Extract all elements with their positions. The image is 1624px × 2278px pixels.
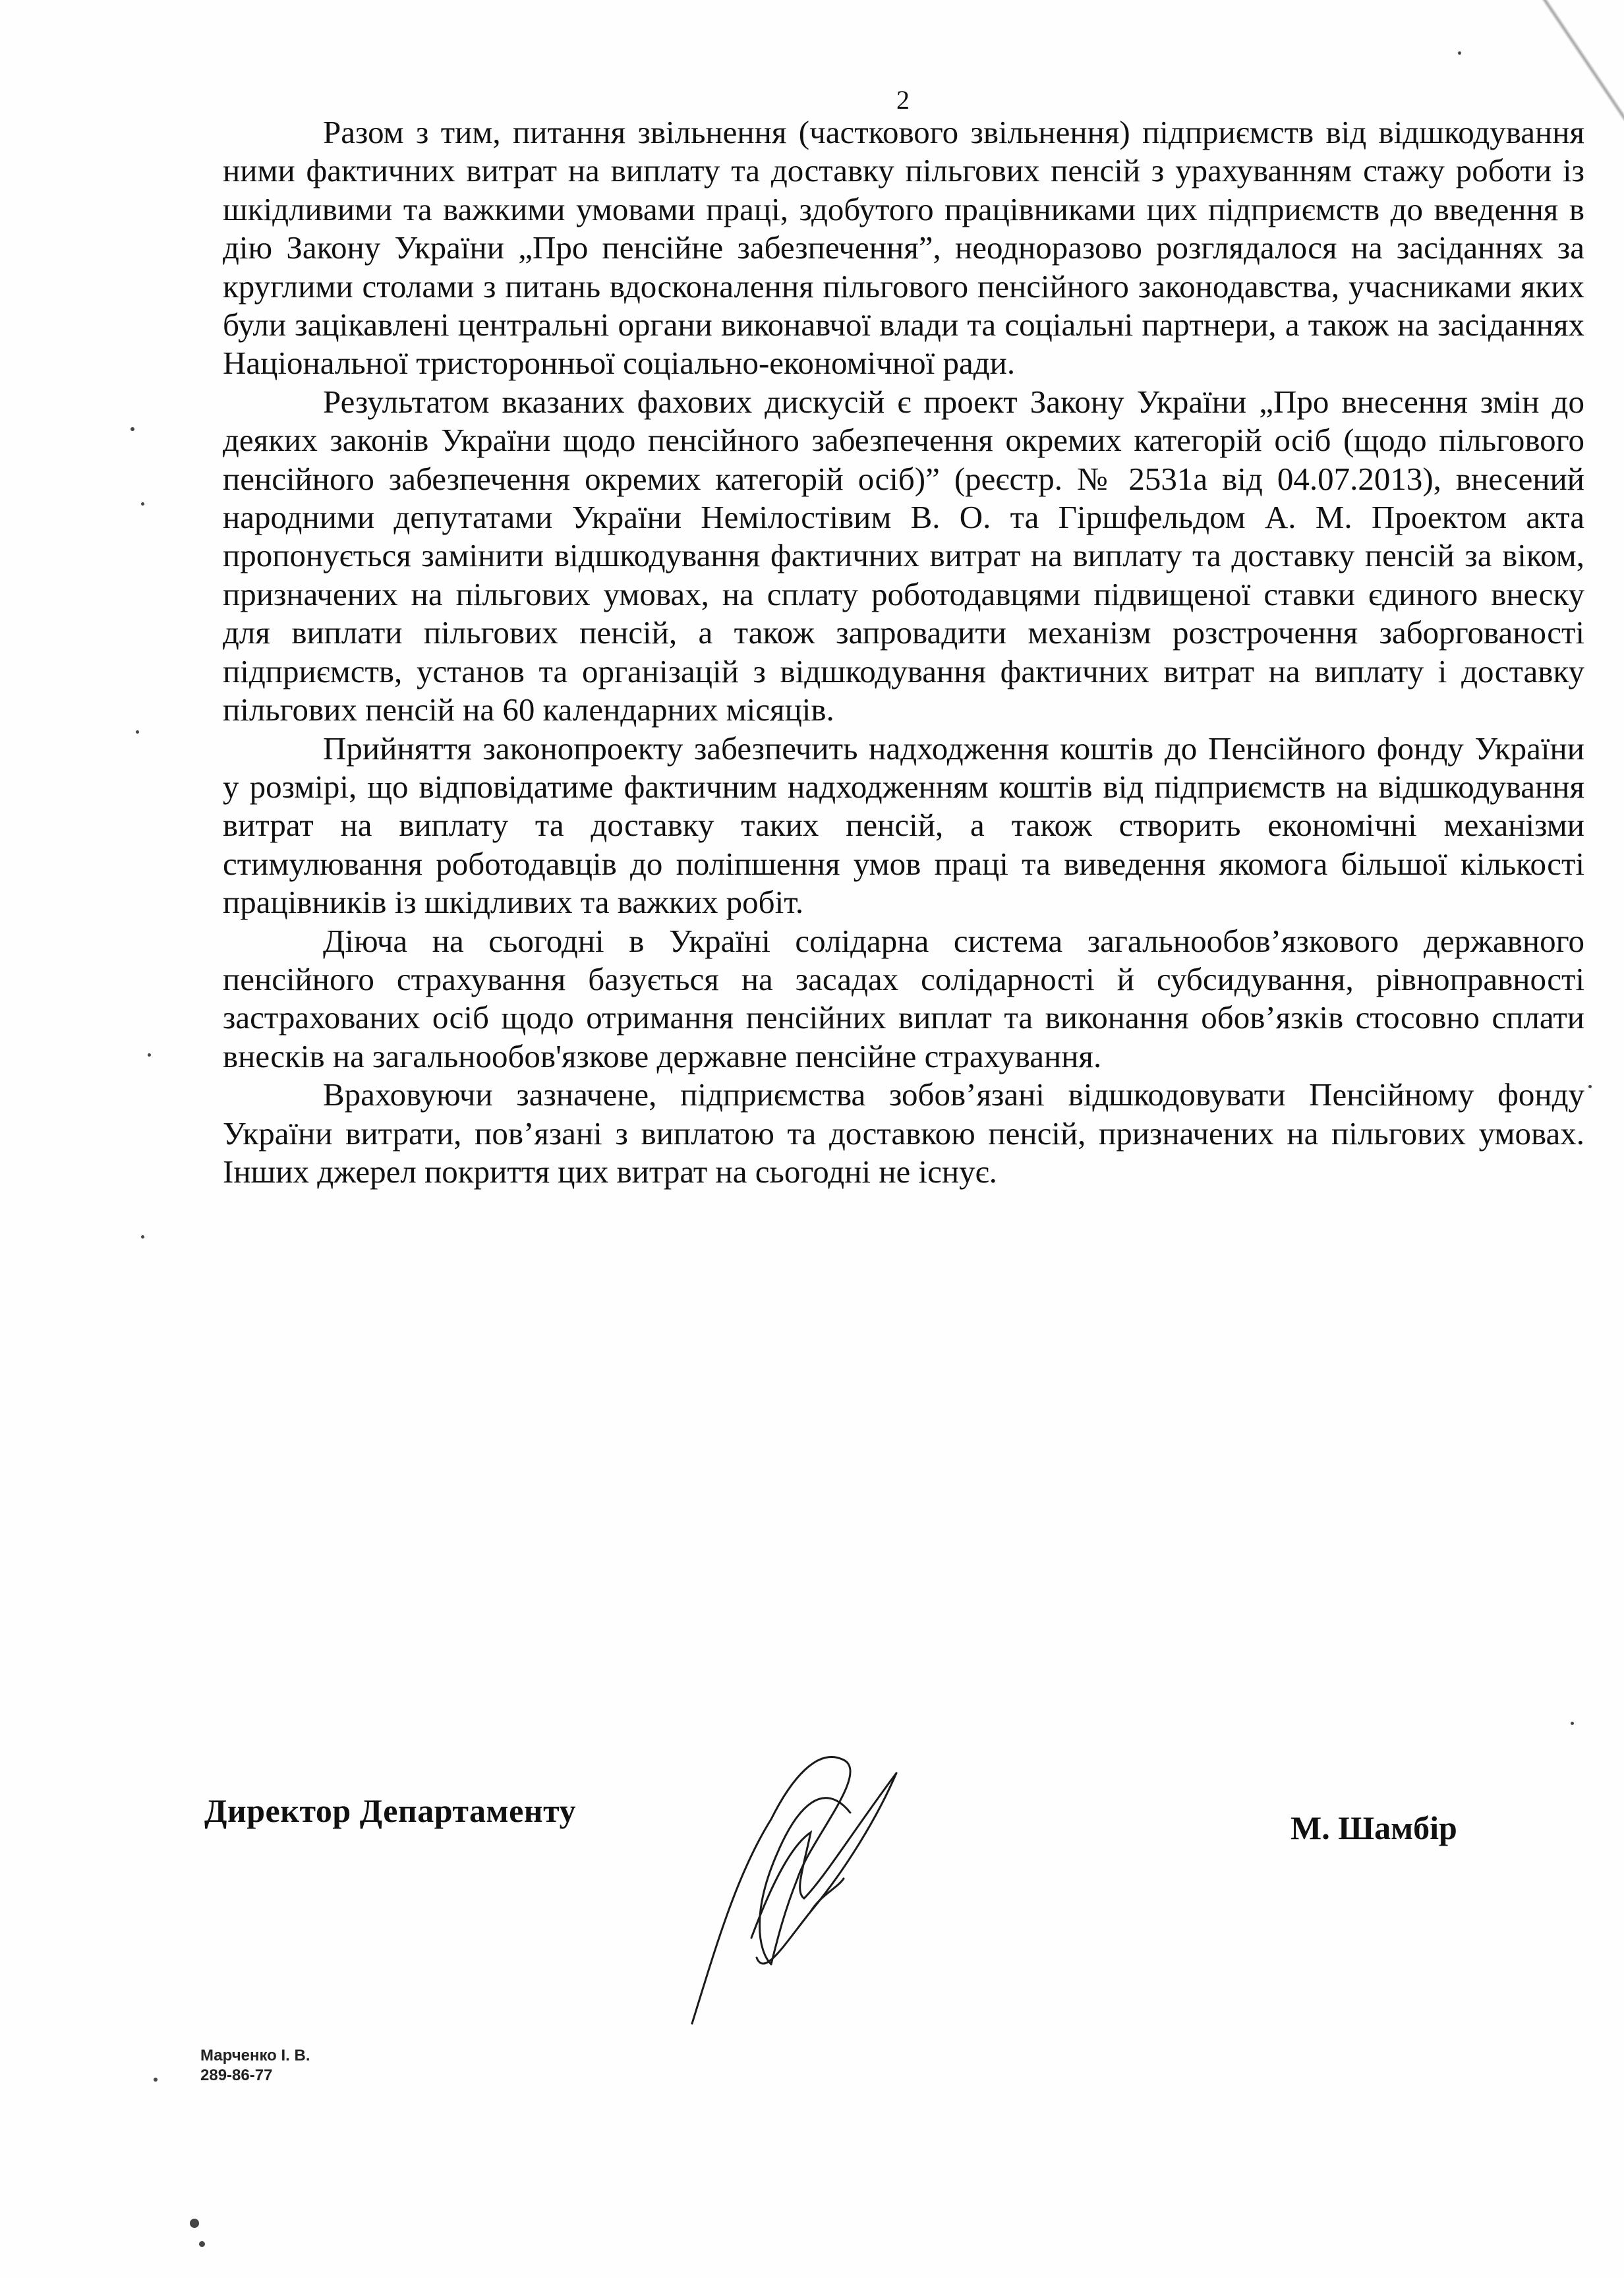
paragraph-4: Діюча на сьогодні в Україні солідарна си… — [223, 922, 1584, 1076]
scan-speck — [1588, 1085, 1592, 1088]
paragraph-3: Прийняття законопроекту забезпечить надх… — [223, 730, 1584, 922]
scan-speck — [148, 1053, 151, 1057]
scan-speck — [190, 2219, 199, 2228]
page-number: 2 — [896, 87, 910, 113]
executor-phone: 289-86-77 — [200, 2066, 310, 2086]
executor-info: Марченко І. В. 289-86-77 — [200, 2046, 310, 2086]
scan-speck — [130, 427, 134, 431]
paragraph-5: Враховуючи зазначене, підприємства зобов… — [223, 1076, 1584, 1191]
scan-speck — [1571, 1722, 1574, 1725]
executor-name: Марченко І. В. — [200, 2046, 310, 2066]
signatory-name: М. Шамбір — [1290, 1809, 1457, 1847]
scan-speck — [141, 502, 144, 506]
paragraph-2: Результатом вказаних фахових дискусій є … — [223, 383, 1584, 730]
scan-speck — [154, 2078, 158, 2082]
signatory-position: Директор Департаменту — [204, 1792, 576, 1830]
paragraph-1: Разом з тим, питання звільнення (частков… — [223, 113, 1584, 383]
scan-speck — [141, 1235, 144, 1239]
handwritten-signature-icon — [679, 1740, 956, 2030]
scan-speck — [136, 730, 139, 734]
letter-body: Разом з тим, питання звільнення (частков… — [223, 113, 1584, 1191]
scan-speck — [199, 2241, 205, 2247]
document-page: 2 Разом з тим, питання звільнення (частк… — [0, 0, 1624, 2278]
scan-speck — [1458, 51, 1461, 55]
